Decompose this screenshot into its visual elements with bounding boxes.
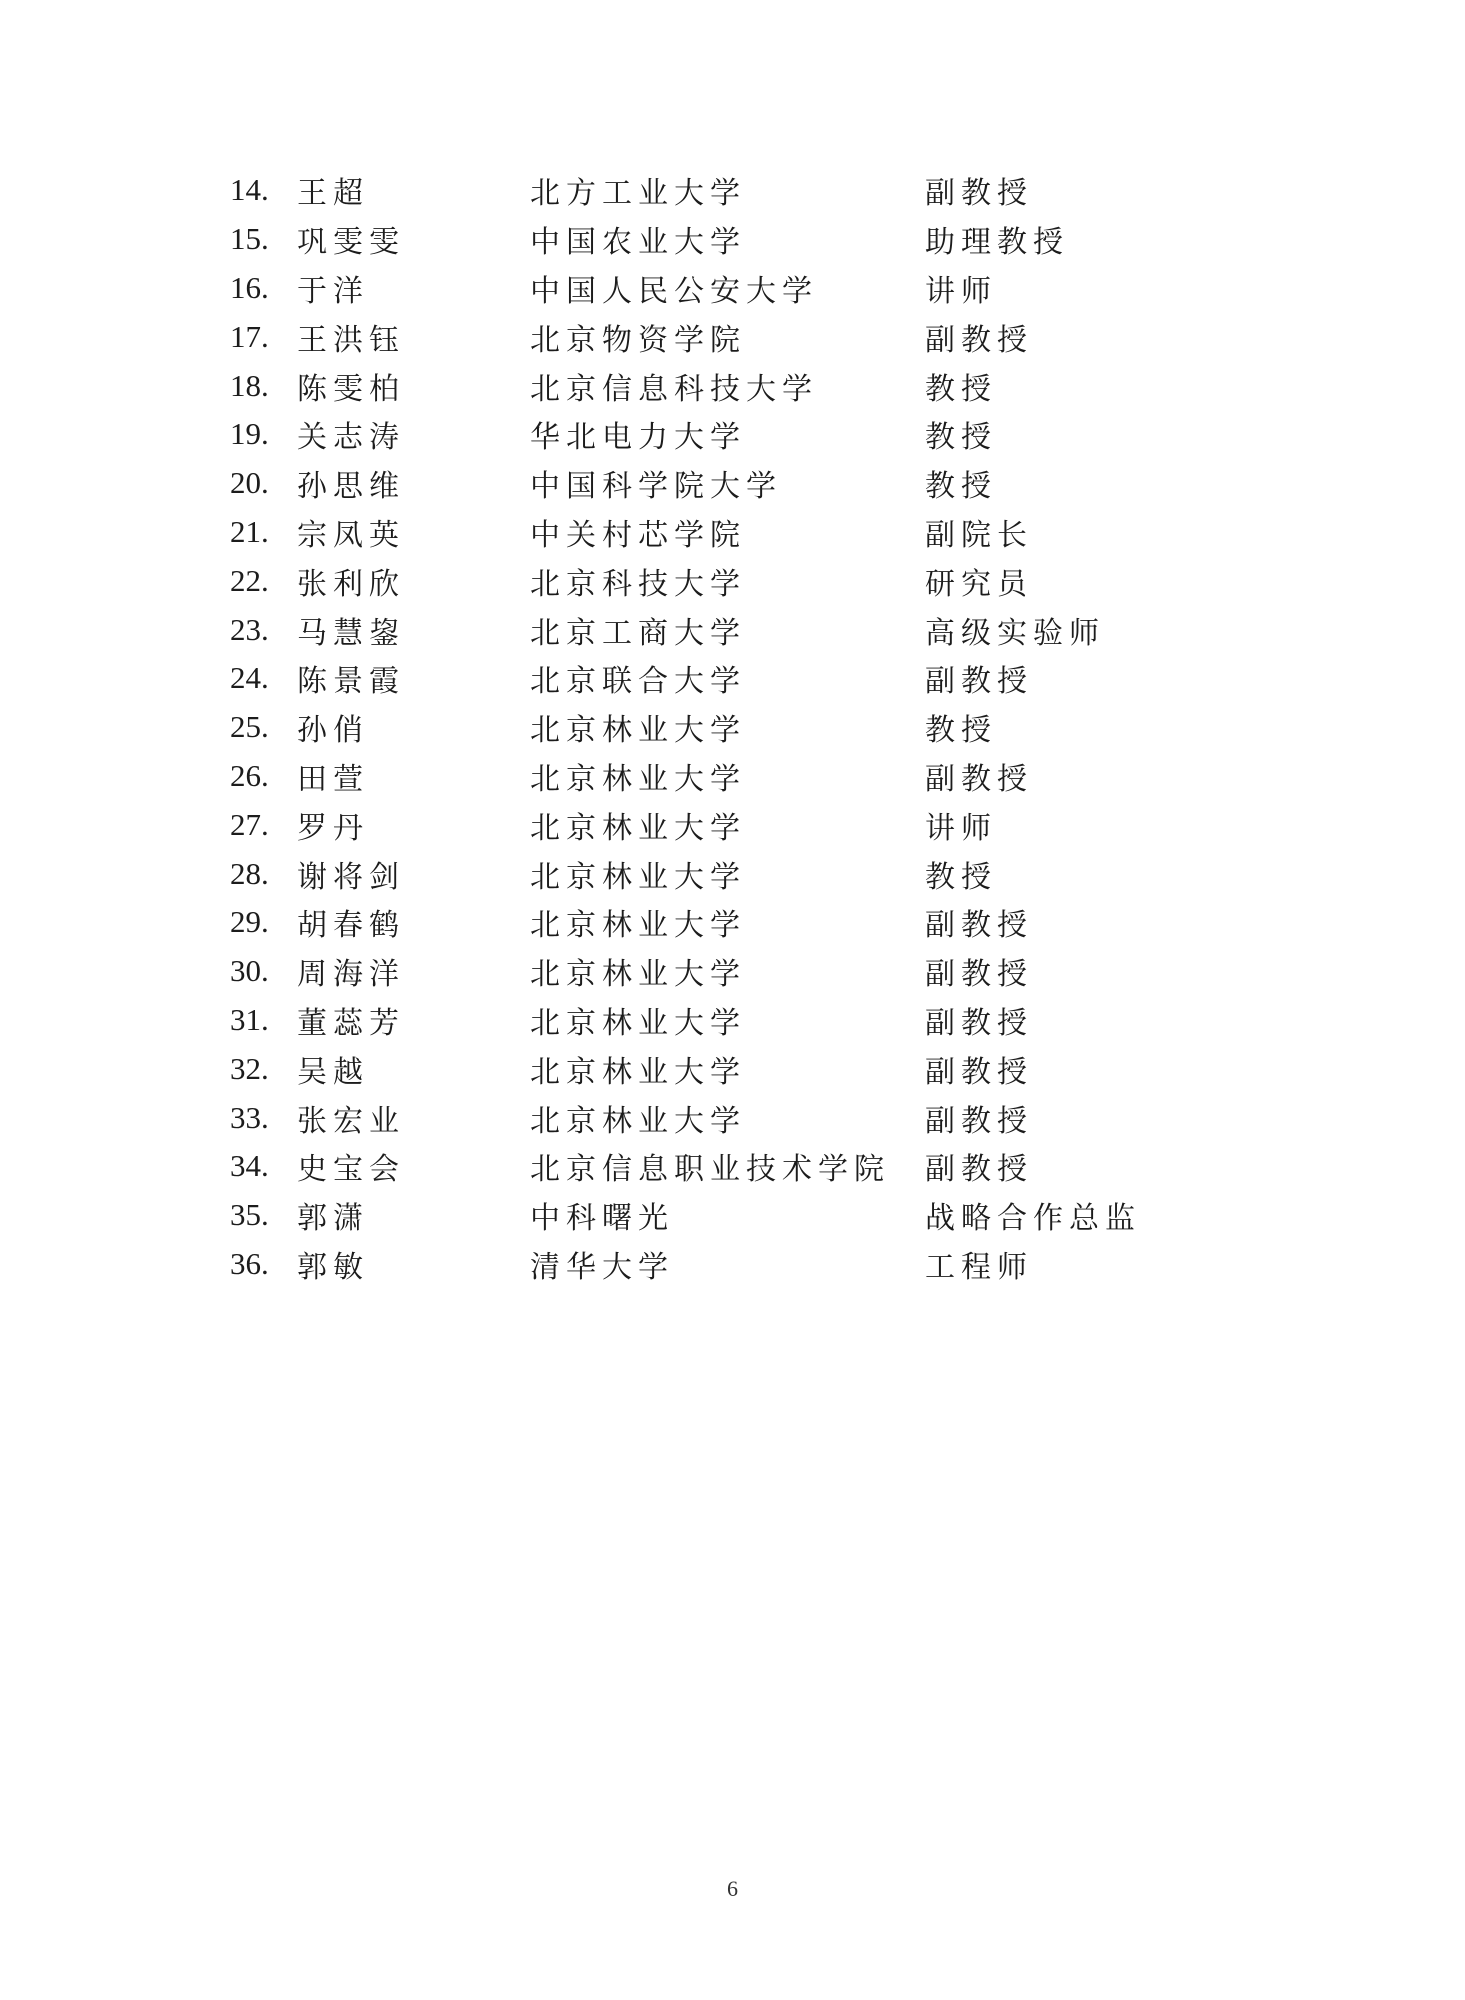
item-number: 14.	[230, 172, 297, 208]
job-title: 教授	[925, 461, 997, 505]
person-name: 董蕊芳	[297, 998, 530, 1042]
list-item: 31. 董蕊芳 北京林业大学 副教授	[230, 996, 1465, 1045]
item-number: 32.	[230, 1051, 297, 1087]
job-title: 讲师	[925, 266, 997, 310]
list-item: 34. 史宝会 北京信息职业技术学院 副教授	[230, 1142, 1465, 1191]
person-name: 王超	[297, 168, 530, 212]
item-number: 23.	[230, 612, 297, 648]
job-title: 副教授	[925, 998, 1033, 1042]
person-name: 张宏业	[297, 1096, 530, 1140]
item-number: 19.	[230, 416, 297, 452]
institution: 中科曙光	[530, 1193, 925, 1237]
person-name: 周海洋	[297, 949, 530, 993]
person-name: 田萱	[297, 754, 530, 798]
item-number: 15.	[230, 221, 297, 257]
institution: 北京林业大学	[530, 998, 925, 1042]
institution: 北京林业大学	[530, 900, 925, 944]
institution: 北京林业大学	[530, 803, 925, 847]
list-item: 32. 吴越 北京林业大学 副教授	[230, 1044, 1465, 1093]
list-item: 27. 罗丹 北京林业大学 讲师	[230, 800, 1465, 849]
job-title: 工程师	[925, 1242, 1033, 1286]
job-title: 副教授	[925, 656, 1033, 700]
item-number: 27.	[230, 807, 297, 843]
person-name: 马慧鋆	[297, 608, 530, 652]
list-item: 18. 陈雯柏 北京信息科技大学 教授	[230, 361, 1465, 410]
item-number: 18.	[230, 368, 297, 404]
person-name: 关志涛	[297, 412, 530, 456]
list-item: 25. 孙俏 北京林业大学 教授	[230, 703, 1465, 752]
institution: 北京林业大学	[530, 754, 925, 798]
institution: 北京林业大学	[530, 852, 925, 896]
list-item: 14. 王超 北方工业大学 副教授	[230, 166, 1465, 215]
item-number: 31.	[230, 1002, 297, 1038]
list-item: 19. 关志涛 华北电力大学 教授	[230, 410, 1465, 459]
list-item: 21. 宗凤英 中关村芯学院 副院长	[230, 508, 1465, 557]
job-title: 副教授	[925, 900, 1033, 944]
job-title: 教授	[925, 705, 997, 749]
list-item: 17. 王洪钰 北京物资学院 副教授	[230, 312, 1465, 361]
job-title: 副教授	[925, 1047, 1033, 1091]
institution: 北京科技大学	[530, 559, 925, 603]
institution: 北方工业大学	[530, 168, 925, 212]
job-title: 讲师	[925, 803, 997, 847]
person-name: 吴越	[297, 1047, 530, 1091]
institution: 中国农业大学	[530, 217, 925, 261]
job-title: 副教授	[925, 949, 1033, 993]
institution: 北京林业大学	[530, 705, 925, 749]
item-number: 35.	[230, 1197, 297, 1233]
job-title: 副教授	[925, 168, 1033, 212]
person-name: 孙思维	[297, 461, 530, 505]
institution: 北京林业大学	[530, 1047, 925, 1091]
list-item: 16. 于洋 中国人民公安大学 讲师	[230, 264, 1465, 313]
job-title: 战略合作总监	[925, 1193, 1141, 1237]
institution: 中国人民公安大学	[530, 266, 925, 310]
institution: 北京联合大学	[530, 656, 925, 700]
list-item: 23. 马慧鋆 北京工商大学 高级实验师	[230, 605, 1465, 654]
person-name: 胡春鹤	[297, 900, 530, 944]
list-item: 35. 郭潇 中科曙光 战略合作总监	[230, 1191, 1465, 1240]
item-number: 30.	[230, 953, 297, 989]
list-item: 36. 郭敏 清华大学 工程师	[230, 1240, 1465, 1289]
institution: 中国科学院大学	[530, 461, 925, 505]
item-number: 17.	[230, 319, 297, 355]
item-number: 33.	[230, 1100, 297, 1136]
list-item: 15. 巩雯雯 中国农业大学 助理教授	[230, 215, 1465, 264]
job-title: 副教授	[925, 754, 1033, 798]
item-number: 36.	[230, 1246, 297, 1282]
person-name: 郭潇	[297, 1193, 530, 1237]
person-name: 郭敏	[297, 1242, 530, 1286]
page-number: 6	[0, 1876, 1465, 1902]
job-title: 教授	[925, 364, 997, 408]
item-number: 25.	[230, 709, 297, 745]
person-name: 孙俏	[297, 705, 530, 749]
person-name: 罗丹	[297, 803, 530, 847]
person-name: 宗凤英	[297, 510, 530, 554]
person-name: 王洪钰	[297, 315, 530, 359]
institution: 北京工商大学	[530, 608, 925, 652]
person-name: 陈景霞	[297, 656, 530, 700]
list-item: 33. 张宏业 北京林业大学 副教授	[230, 1093, 1465, 1142]
person-name: 谢将剑	[297, 852, 530, 896]
person-name: 于洋	[297, 266, 530, 310]
document-page: 14. 王超 北方工业大学 副教授 15. 巩雯雯 中国农业大学 助理教授 16…	[0, 0, 1465, 2000]
person-name: 张利欣	[297, 559, 530, 603]
institution: 华北电力大学	[530, 412, 925, 456]
job-title: 副院长	[925, 510, 1033, 554]
job-title: 副教授	[925, 1096, 1033, 1140]
list-item: 30. 周海洋 北京林业大学 副教授	[230, 947, 1465, 996]
institution: 北京林业大学	[530, 1096, 925, 1140]
job-title: 研究员	[925, 559, 1033, 603]
item-number: 29.	[230, 904, 297, 940]
job-title: 教授	[925, 852, 997, 896]
person-name: 史宝会	[297, 1144, 530, 1188]
item-number: 22.	[230, 563, 297, 599]
item-number: 20.	[230, 465, 297, 501]
person-name: 陈雯柏	[297, 364, 530, 408]
institution: 北京信息科技大学	[530, 364, 925, 408]
attendee-list: 14. 王超 北方工业大学 副教授 15. 巩雯雯 中国农业大学 助理教授 16…	[230, 166, 1465, 1288]
list-item: 20. 孙思维 中国科学院大学 教授	[230, 459, 1465, 508]
item-number: 24.	[230, 660, 297, 696]
institution: 北京信息职业技术学院	[530, 1144, 925, 1188]
job-title: 高级实验师	[925, 608, 1105, 652]
job-title: 副教授	[925, 315, 1033, 359]
list-item: 29. 胡春鹤 北京林业大学 副教授	[230, 898, 1465, 947]
item-number: 16.	[230, 270, 297, 306]
institution: 中关村芯学院	[530, 510, 925, 554]
job-title: 教授	[925, 412, 997, 456]
list-item: 26. 田萱 北京林业大学 副教授	[230, 752, 1465, 801]
item-number: 34.	[230, 1148, 297, 1184]
list-item: 24. 陈景霞 北京联合大学 副教授	[230, 654, 1465, 703]
institution: 清华大学	[530, 1242, 925, 1286]
job-title: 副教授	[925, 1144, 1033, 1188]
item-number: 21.	[230, 514, 297, 550]
institution: 北京物资学院	[530, 315, 925, 359]
institution: 北京林业大学	[530, 949, 925, 993]
list-item: 22. 张利欣 北京科技大学 研究员	[230, 556, 1465, 605]
item-number: 28.	[230, 856, 297, 892]
item-number: 26.	[230, 758, 297, 794]
list-item: 28. 谢将剑 北京林业大学 教授	[230, 849, 1465, 898]
job-title: 助理教授	[925, 217, 1069, 261]
person-name: 巩雯雯	[297, 217, 530, 261]
